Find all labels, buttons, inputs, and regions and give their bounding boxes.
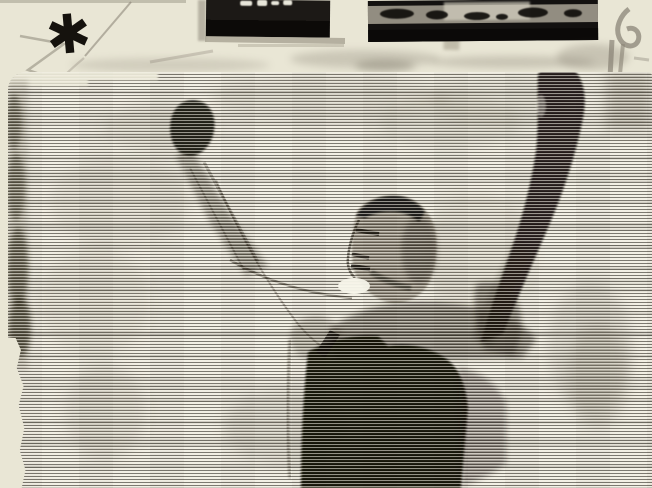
shelf-shadow-line-2 <box>238 44 344 47</box>
photo-left-edge-smear <box>198 0 206 41</box>
photo-dark-border <box>368 28 598 42</box>
pinned-photo-left <box>206 0 330 38</box>
white-speck <box>240 1 252 6</box>
toner-smudge <box>557 44 629 70</box>
edge-dark-patch <box>606 72 652 130</box>
chin-highlight <box>338 278 370 294</box>
paper-top-edge-mark <box>0 0 186 3</box>
photocopy-scan: ✱ <box>0 0 652 488</box>
pinned-photo-right <box>368 0 598 42</box>
left-edge-smear <box>8 80 31 370</box>
toner-smudge <box>70 58 270 72</box>
halftone-print <box>8 72 652 488</box>
shelf-shadow-line <box>205 36 345 44</box>
raised-left-arm <box>170 100 352 352</box>
print-top-edge <box>8 72 158 86</box>
white-speck <box>271 1 279 5</box>
white-speck <box>283 0 292 5</box>
head-profile <box>338 196 437 303</box>
gray-smudge <box>568 323 628 427</box>
white-speck <box>257 0 267 6</box>
asterisk-mark: ✱ <box>44 6 94 64</box>
toner-smudge <box>355 60 415 72</box>
figure-print <box>8 72 652 488</box>
